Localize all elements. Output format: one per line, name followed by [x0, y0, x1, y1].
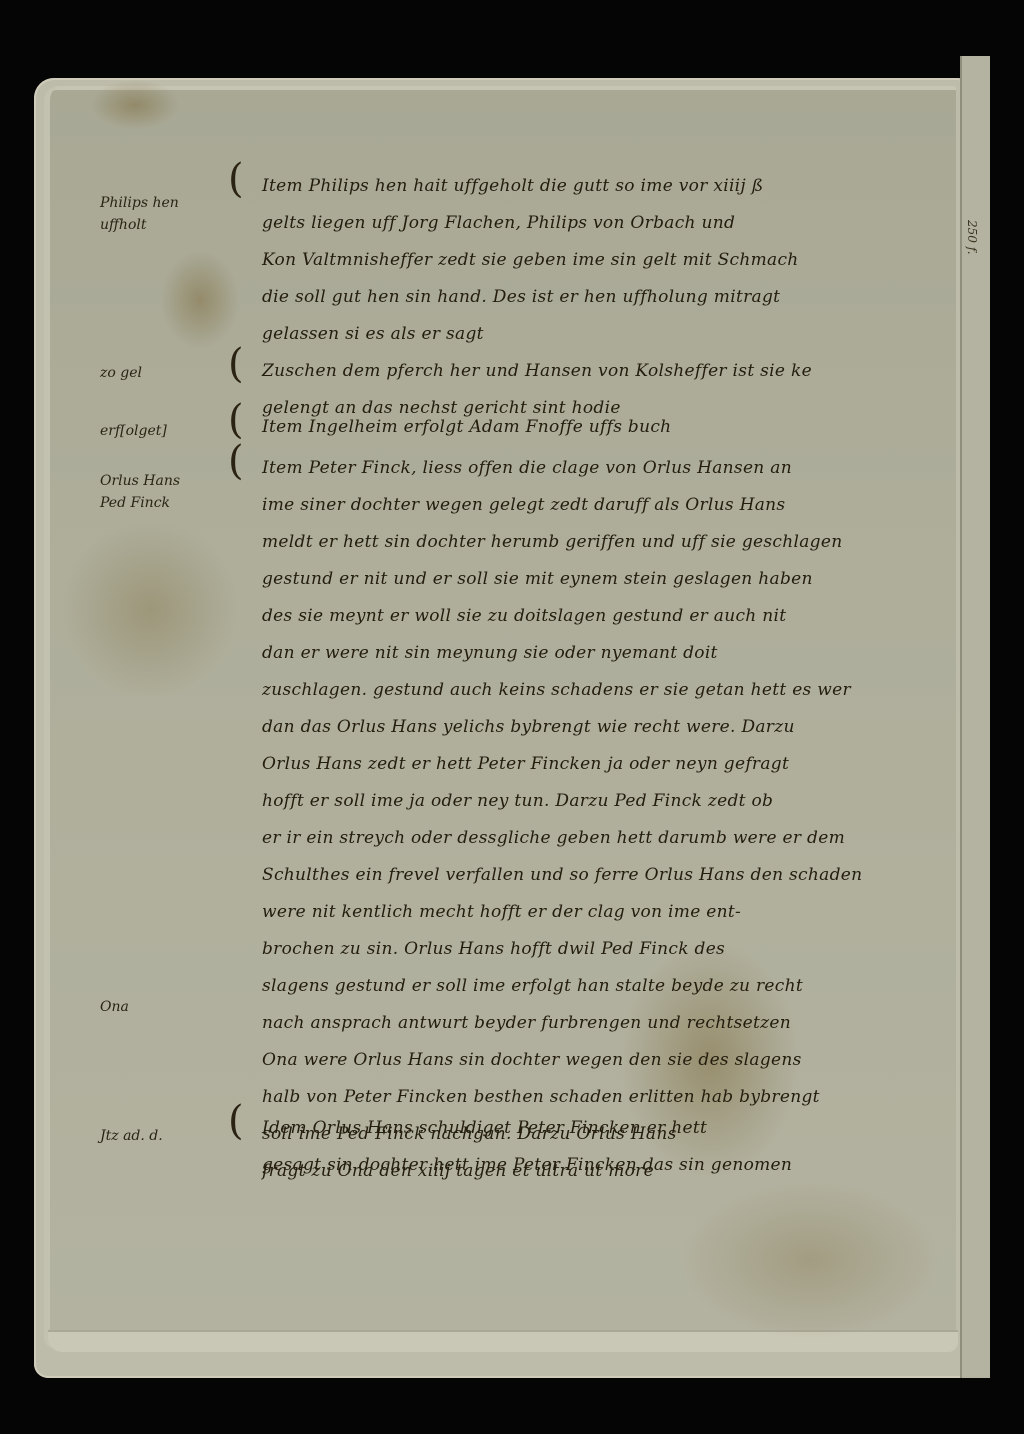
- text-line: Item Peter Finck, liess offen die clage …: [262, 450, 962, 487]
- margin-note-line: Orlus Hans: [100, 470, 235, 492]
- margin-note-line: uffholt: [100, 214, 235, 236]
- text-line: meldt er hett sin dochter herumb geriffe…: [262, 524, 962, 561]
- paragraph-bracket-icon: (: [228, 1098, 244, 1144]
- margin-note: Ona: [100, 996, 235, 1018]
- record-entry: Item Ingelheim erfolgt Adam Fnoffe uffs …: [262, 409, 962, 446]
- text-line: Schulthes ein frevel verfallen und so fe…: [262, 857, 962, 894]
- text-line: er ir ein streych oder dessgliche geben …: [262, 820, 962, 857]
- paragraph-bracket-icon: (: [228, 397, 244, 443]
- paragraph-bracket-icon: (: [228, 341, 244, 387]
- text-line: gelts liegen uff Jorg Flachen, Philips v…: [262, 205, 962, 242]
- margin-note-line: Jtz ad. d.: [100, 1125, 235, 1147]
- adjacent-leaf-note: 250 f.: [965, 220, 979, 255]
- text-line: nach ansprach antwurt beyder furbrengen …: [262, 1005, 962, 1042]
- text-line: Idem Orlus Hans schuldiget Peter Fincken…: [262, 1110, 962, 1147]
- text-line: die soll gut hen sin hand. Des ist er he…: [262, 279, 962, 316]
- text-line: slagens gestund er soll ime erfolgt han …: [262, 968, 962, 1005]
- record-entry: Item Peter Finck, liess offen die clage …: [262, 450, 962, 1190]
- margin-note: Orlus HansPed Finck: [100, 470, 235, 514]
- text-line: dan er were nit sin meynung sie oder nye…: [262, 635, 962, 672]
- text-line: Item Philips hen hait uffgeholt die gutt…: [262, 168, 962, 205]
- text-line: zuschlagen. gestund auch keins schadens …: [262, 672, 962, 709]
- text-line: gestund er nit und er soll sie mit eynem…: [262, 561, 962, 598]
- text-line: Ona were Orlus Hans sin dochter wegen de…: [262, 1042, 962, 1079]
- record-entry: Item Philips hen hait uffgeholt die gutt…: [262, 168, 962, 353]
- text-line: Zuschen dem pferch her und Hansen von Ko…: [262, 353, 962, 390]
- margin-note-line: zo gel: [100, 362, 235, 384]
- text-line: dan das Orlus Hans yelichs bybrengt wie …: [262, 709, 962, 746]
- margin-note-line: erf[olget]: [100, 420, 235, 442]
- text-line: Kon Valtmnisheffer zedt sie geben ime si…: [262, 242, 962, 279]
- margin-note: erf[olget]: [100, 420, 235, 442]
- margin-note: zo gel: [100, 362, 235, 384]
- margin-note: Philips henuffholt: [100, 192, 235, 236]
- text-line: gesagt sin dochter hett ime Peter Fincke…: [262, 1147, 962, 1184]
- text-line: gelassen si es als er sagt: [262, 316, 962, 353]
- margin-note: Jtz ad. d.: [100, 1125, 235, 1147]
- margin-note-line: Philips hen: [100, 192, 235, 214]
- text-line: des sie meynt er woll sie zu doitslagen …: [262, 598, 962, 635]
- text-line: brochen zu sin. Orlus Hans hofft dwil Pe…: [262, 931, 962, 968]
- margin-note-line: Ped Finck: [100, 492, 235, 514]
- text-line: ime siner dochter wegen gelegt zedt daru…: [262, 487, 962, 524]
- text-line: were nit kentlich mecht hofft er der cla…: [262, 894, 962, 931]
- text-line: Item Ingelheim erfolgt Adam Fnoffe uffs …: [262, 409, 962, 446]
- text-line: Orlus Hans zedt er hett Peter Fincken ja…: [262, 746, 962, 783]
- record-entry: Idem Orlus Hans schuldiget Peter Fincken…: [262, 1110, 962, 1184]
- page-bottom-edge: [48, 1330, 958, 1352]
- paragraph-bracket-icon: (: [228, 156, 244, 202]
- margin-note-line: Ona: [100, 996, 235, 1018]
- text-line: hofft er soll ime ja oder ney tun. Darzu…: [262, 783, 962, 820]
- paragraph-bracket-icon: (: [228, 438, 244, 484]
